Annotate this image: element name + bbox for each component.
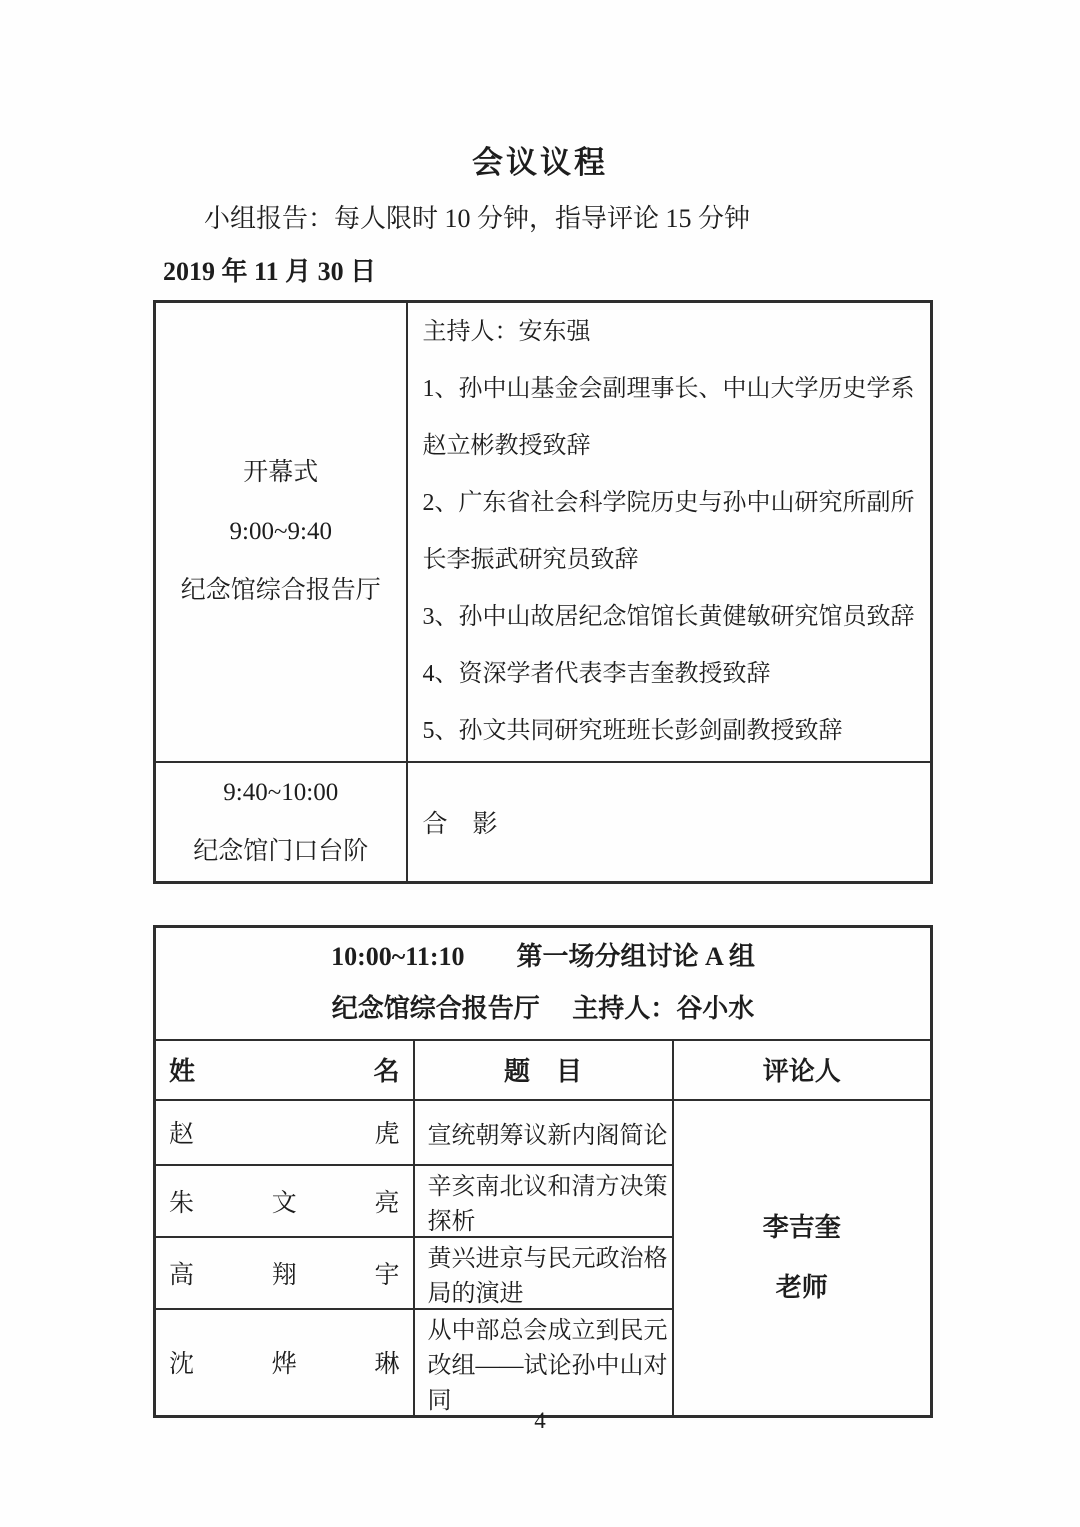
detail-line: 2、广东省社会科学院历史与孙中山研究所副所长李振武研究员致辞: [423, 475, 925, 589]
group-report-note: 小组报告：每人限时 10 分钟，指导评论 15 分钟: [204, 198, 750, 235]
table-row: 9:40~10:00 纪念馆门口台阶 合 影: [155, 762, 932, 883]
session-venue: 纪念馆门口台阶: [156, 822, 406, 881]
table-row: 赵 虎 宣统朝筹议新内阁简论 李吉奎 老师: [155, 1100, 932, 1165]
paper-topic: 宣统朝筹议新内阁简论: [414, 1100, 673, 1165]
opening-session-cell: 开幕式 9:00~9:40 纪念馆综合报告厅: [155, 302, 407, 762]
panel-header-row: 姓 名 题 目 评论人: [155, 1040, 932, 1100]
detail-line: 4、资深学者代表李吉奎教授致辞: [423, 646, 925, 703]
commentator-name: 李吉奎: [674, 1198, 931, 1258]
panel-title-row: 10:00~11:10 第一场分组讨论 A 组 纪念馆综合报告厅 主持人：谷小水: [155, 927, 932, 1040]
date-heading: 2019 年 11 月 30 日: [163, 251, 376, 288]
session-name: 开幕式: [156, 443, 406, 502]
panel-title-venue: 纪念馆综合报告厅 主持人：谷小水: [156, 983, 930, 1035]
table-row: 开幕式 9:00~9:40 纪念馆综合报告厅 主持人：安东强 1、孙中山基金会副…: [155, 302, 932, 762]
commentator-title: 老师: [674, 1258, 931, 1318]
activity-label: 合 影: [423, 804, 931, 840]
paper-topic: 从中部总会成立到民元改组——试论孙中山对同: [414, 1309, 673, 1417]
session-time: 9:40~10:00: [156, 763, 406, 822]
document-title: 会议议程: [0, 137, 1080, 182]
speaker-name: 朱文亮: [155, 1165, 414, 1237]
detail-line: 1、孙中山基金会副理事长、中山大学历史学系赵立彬教授致辞: [423, 361, 925, 475]
detail-line: 3、孙中山故居纪念馆馆长黄健敏研究馆员致辞: [423, 589, 925, 646]
page-number: 4: [0, 1408, 1080, 1434]
col-header-commentator: 评论人: [673, 1040, 932, 1100]
detail-line: 5、孙文共同研究班班长彭剑副教授致辞: [423, 703, 925, 760]
col-header-topic: 题 目: [414, 1040, 673, 1100]
session-venue: 纪念馆综合报告厅: [156, 561, 406, 620]
col-header-name: 姓 名: [155, 1040, 414, 1100]
panel-title-time: 10:00~11:10 第一场分组讨论 A 组: [156, 931, 930, 983]
photo-session-cell: 9:40~10:00 纪念馆门口台阶: [155, 762, 407, 883]
document-page: 会议议程 小组报告：每人限时 10 分钟，指导评论 15 分钟 2019 年 1…: [0, 0, 1080, 1527]
paper-topic: 辛亥南北议和清方决策探析: [414, 1165, 673, 1237]
session-time: 9:00~9:40: [156, 502, 406, 561]
paper-topic: 黄兴进京与民元政治格局的演进: [414, 1237, 673, 1309]
speaker-name: 沈烨琳: [155, 1309, 414, 1417]
speaker-name: 赵 虎: [155, 1100, 414, 1165]
opening-details-cell: 主持人：安东强 1、孙中山基金会副理事长、中山大学历史学系赵立彬教授致辞 2、广…: [407, 302, 932, 762]
speaker-name: 高翔宇: [155, 1237, 414, 1309]
photo-activity-cell: 合 影: [407, 762, 932, 883]
day-schedule-table: 开幕式 9:00~9:40 纪念馆综合报告厅 主持人：安东强 1、孙中山基金会副…: [153, 300, 933, 884]
panel-title-cell: 10:00~11:10 第一场分组讨论 A 组 纪念馆综合报告厅 主持人：谷小水: [155, 927, 932, 1040]
panel-session-table: 10:00~11:10 第一场分组讨论 A 组 纪念馆综合报告厅 主持人：谷小水…: [153, 925, 933, 1418]
detail-line: 主持人：安东强: [423, 304, 925, 361]
commentator-cell: 李吉奎 老师: [673, 1100, 932, 1417]
